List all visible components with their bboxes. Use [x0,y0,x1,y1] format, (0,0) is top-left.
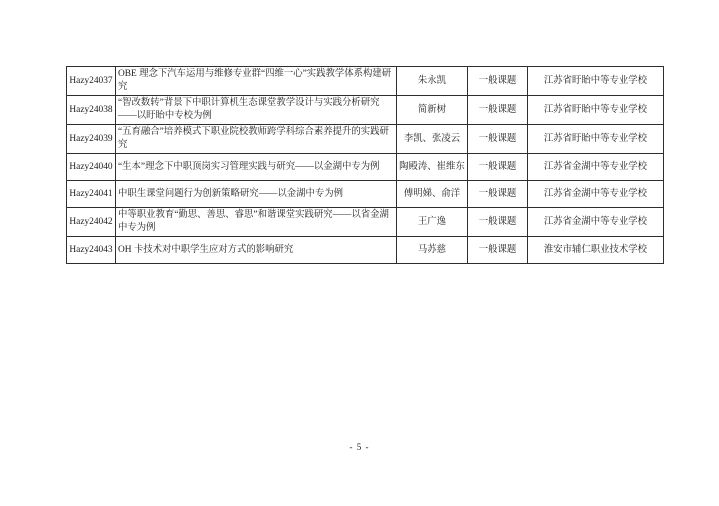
school-cell: 江苏省盱眙中等专业学校 [528,96,664,125]
topic-id-cell: Hazy24039 [67,125,116,154]
table-row: Hazy24042 中等职业教育“勤思、善思、睿思”和谐课堂实践研究——以省金湖… [67,208,664,237]
page-number: - 5 - [0,442,719,452]
school-cell: 江苏省金湖中等专业学校 [528,208,664,237]
topic-id-cell: Hazy24040 [67,154,116,181]
leader-cell: 马苏慈 [397,237,468,264]
leader-cell: 王广逸 [397,208,468,237]
document-page: Hazy24037 OBE 理念下汽车运用与维修专业群“四维一心”实践教学体系构… [0,0,719,506]
topics-table: Hazy24037 OBE 理念下汽车运用与维修专业群“四维一心”实践教学体系构… [66,66,664,264]
topic-id-cell: Hazy24042 [67,208,116,237]
topic-id-cell: Hazy24037 [67,67,116,96]
topic-title-cell: OH 卡技术对中职学生应对方式的影响研究 [116,237,397,264]
school-cell: 江苏省金湖中等专业学校 [528,154,664,181]
school-cell: 江苏省金湖中等专业学校 [528,181,664,208]
category-cell: 一般课题 [468,67,528,96]
leader-cell: 陶殿涛、崔维东 [397,154,468,181]
table-row: Hazy24043 OH 卡技术对中职学生应对方式的影响研究 马苏慈 一般课题 … [67,237,664,264]
table-row: Hazy24037 OBE 理念下汽车运用与维修专业群“四维一心”实践教学体系构… [67,67,664,96]
school-cell: 江苏省盱眙中等专业学校 [528,67,664,96]
school-cell: 江苏省盱眙中等专业学校 [528,125,664,154]
topic-id-cell: Hazy24038 [67,96,116,125]
topic-title-cell: “五育融合”培养模式下职业院校教师跨学科综合素养提升的实践研究 [116,125,397,154]
table-row: Hazy24038 “智改数转”背景下中职计算机生态课堂教学设计与实践分析研究—… [67,96,664,125]
category-cell: 一般课题 [468,154,528,181]
category-cell: 一般课题 [468,96,528,125]
leader-cell: 朱永凯 [397,67,468,96]
category-cell: 一般课题 [468,181,528,208]
topic-title-cell: “智改数转”背景下中职计算机生态课堂教学设计与实践分析研究——以盱眙中专校为例 [116,96,397,125]
leader-cell: 傅明娣、俞洋 [397,181,468,208]
table-row: Hazy24039 “五育融合”培养模式下职业院校教师跨学科综合素养提升的实践研… [67,125,664,154]
topic-id-cell: Hazy24041 [67,181,116,208]
topic-title-cell: “生本”理念下中职顶岗实习管理实践与研究——以金湖中专为例 [116,154,397,181]
category-cell: 一般课题 [468,125,528,154]
table-row: Hazy24040 “生本”理念下中职顶岗实习管理实践与研究——以金湖中专为例 … [67,154,664,181]
topic-title-cell: 中等职业教育“勤思、善思、睿思”和谐课堂实践研究——以省金湖中专为例 [116,208,397,237]
leader-cell: 李凯、张凌云 [397,125,468,154]
table-row: Hazy24041 中职生课堂问题行为创新策略研究——以金湖中专为例 傅明娣、俞… [67,181,664,208]
topic-title-cell: 中职生课堂问题行为创新策略研究——以金湖中专为例 [116,181,397,208]
topic-id-cell: Hazy24043 [67,237,116,264]
category-cell: 一般课题 [468,208,528,237]
school-cell: 淮安市辅仁职业技术学校 [528,237,664,264]
topic-title-cell: OBE 理念下汽车运用与维修专业群“四维一心”实践教学体系构建研究 [116,67,397,96]
category-cell: 一般课题 [468,237,528,264]
leader-cell: 简新树 [397,96,468,125]
